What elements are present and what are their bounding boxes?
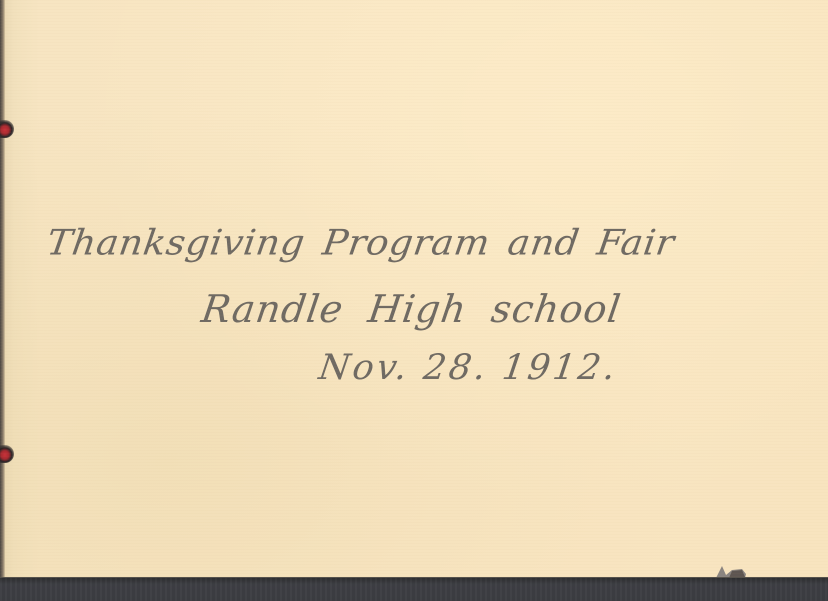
- album-page: Thanksgiving Program and Fair Randle Hig…: [0, 0, 828, 577]
- handwritten-date: Nov. 28. 1912.: [316, 348, 620, 388]
- binding-edge: [0, 0, 5, 577]
- handwritten-school: Randle High school: [199, 287, 624, 331]
- handwritten-title: Thanksgiving Program and Fair: [44, 222, 677, 263]
- binding-stitch-top-icon: [0, 120, 14, 138]
- dark-backing-strip: [0, 577, 828, 601]
- binding-stitch-bottom-icon: [0, 445, 14, 463]
